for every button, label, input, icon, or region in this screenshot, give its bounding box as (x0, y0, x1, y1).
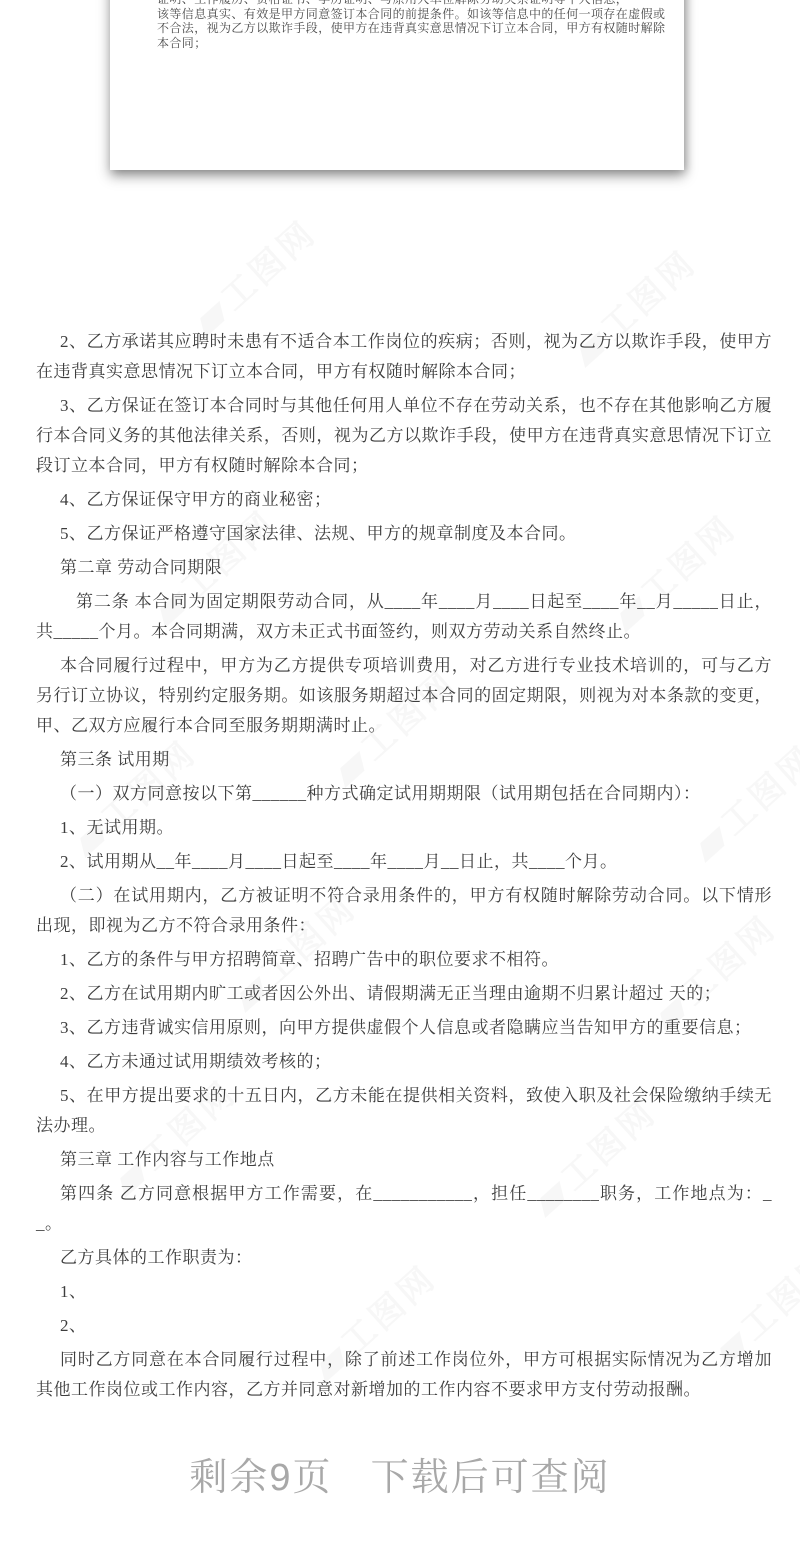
chapter-heading: 第二章 劳动合同期限 (36, 553, 772, 583)
contract-clause: 第四条 乙方同意根据甲方工作需要，在___________，担任________… (36, 1179, 772, 1239)
site-watermark: 工图网 (183, 207, 326, 342)
contract-body: 2、乙方承诺其应聘时未患有不适合本工作岗位的疾病；否则，视为乙方以欺诈手段，使甲… (36, 327, 772, 1409)
contract-clause: （二）在试用期内，乙方被证明不符合录用条件的，甲方有权随时解除劳动合同。以下情形… (36, 881, 772, 941)
contract-clause: （一）双方同意按以下第______种方式确定试用期期限（试用期包括在合同期内）： (36, 779, 772, 809)
preview-footer: 剩余9页下载后可查阅 (0, 1446, 800, 1501)
contract-clause: 1、无试用期。 (36, 813, 772, 843)
contract-clause: 3、乙方违背诚实信用原则，向甲方提供虚假个人信息或者隐瞒应当告知甲方的重要信息； (36, 1013, 772, 1043)
card-text-line: 证明、工作履历、资格证书、学历证明、与原用人单位解除劳动关系证明等个人信息， (157, 0, 666, 7)
card-text-line: 不合法，视为乙方以欺诈手段，使甲方在违背真实意思情况下订立本合同，甲方有权随时解… (157, 21, 666, 36)
contract-clause: 乙方具体的工作职责为： (36, 1243, 772, 1273)
download-hint-label: 下载后可查阅 (371, 1457, 611, 1499)
contract-clause: 2、试用期从__年____月____日起至____年____月__日止，共___… (36, 847, 772, 877)
card-text-line: 该等信息真实、有效是甲方同意签订本合同的前提条件。如该等信息中的任何一项存在虚假… (157, 7, 666, 22)
contract-clause: 同时乙方同意在本合同履行过程中，除了前述工作岗位外，甲方可根据实际情况为乙方增加… (36, 1345, 772, 1405)
contract-clause: 4、乙方未通过试用期绩效考核的； (36, 1047, 772, 1077)
contract-clause: 1、乙方的条件与甲方招聘简章、招聘广告中的职位要求不相符。 (36, 945, 772, 975)
contract-clause: 2、乙方在试用期内旷工或者因公外出、请假期满无正当理由逾期不归累计超过 天的； (36, 979, 772, 1009)
contract-clause: 1、 (36, 1277, 772, 1307)
contract-clause: 本合同履行过程中，甲方为乙方提供专项培训费用，对乙方进行专业技术培训的，可与乙方… (36, 651, 772, 741)
contract-clause: 3、乙方保证在签订本合同时与其他任何用人单位不存在劳动关系，也不存在其他影响乙方… (36, 391, 772, 481)
section-heading: 第三条 试用期 (36, 745, 772, 775)
contract-clause: 2、 (36, 1311, 772, 1341)
chapter-heading: 第三章 工作内容与工作地点 (36, 1145, 772, 1175)
contract-clause: 2、乙方承诺其应聘时未患有不适合本工作岗位的疾病；否则，视为乙方以欺诈手段，使甲… (36, 327, 772, 387)
contract-clause: 5、在甲方提出要求的十五日内，乙方未能在提供相关资料，致使入职及社会保险缴纳手续… (36, 1081, 772, 1141)
contract-clause: 4、乙方保证保守甲方的商业秘密； (36, 485, 772, 515)
contract-clause: 第二条 本合同为固定期限劳动合同，从____年____月____日起至____年… (36, 587, 772, 647)
page-card-text: 证明、工作履历、资格证书、学历证明、与原用人单位解除劳动关系证明等个人信息，该等… (157, 0, 666, 50)
remaining-pages-label: 剩余9页 (189, 1457, 332, 1499)
card-text-line: 本合同； (157, 36, 666, 51)
document-page-preview-card: 证明、工作履历、资格证书、学历证明、与原用人单位解除劳动关系证明等个人信息，该等… (110, 0, 684, 170)
contract-clause: 5、乙方保证严格遵守国家法律、法规、甲方的规章制度及本合同。 (36, 519, 772, 549)
